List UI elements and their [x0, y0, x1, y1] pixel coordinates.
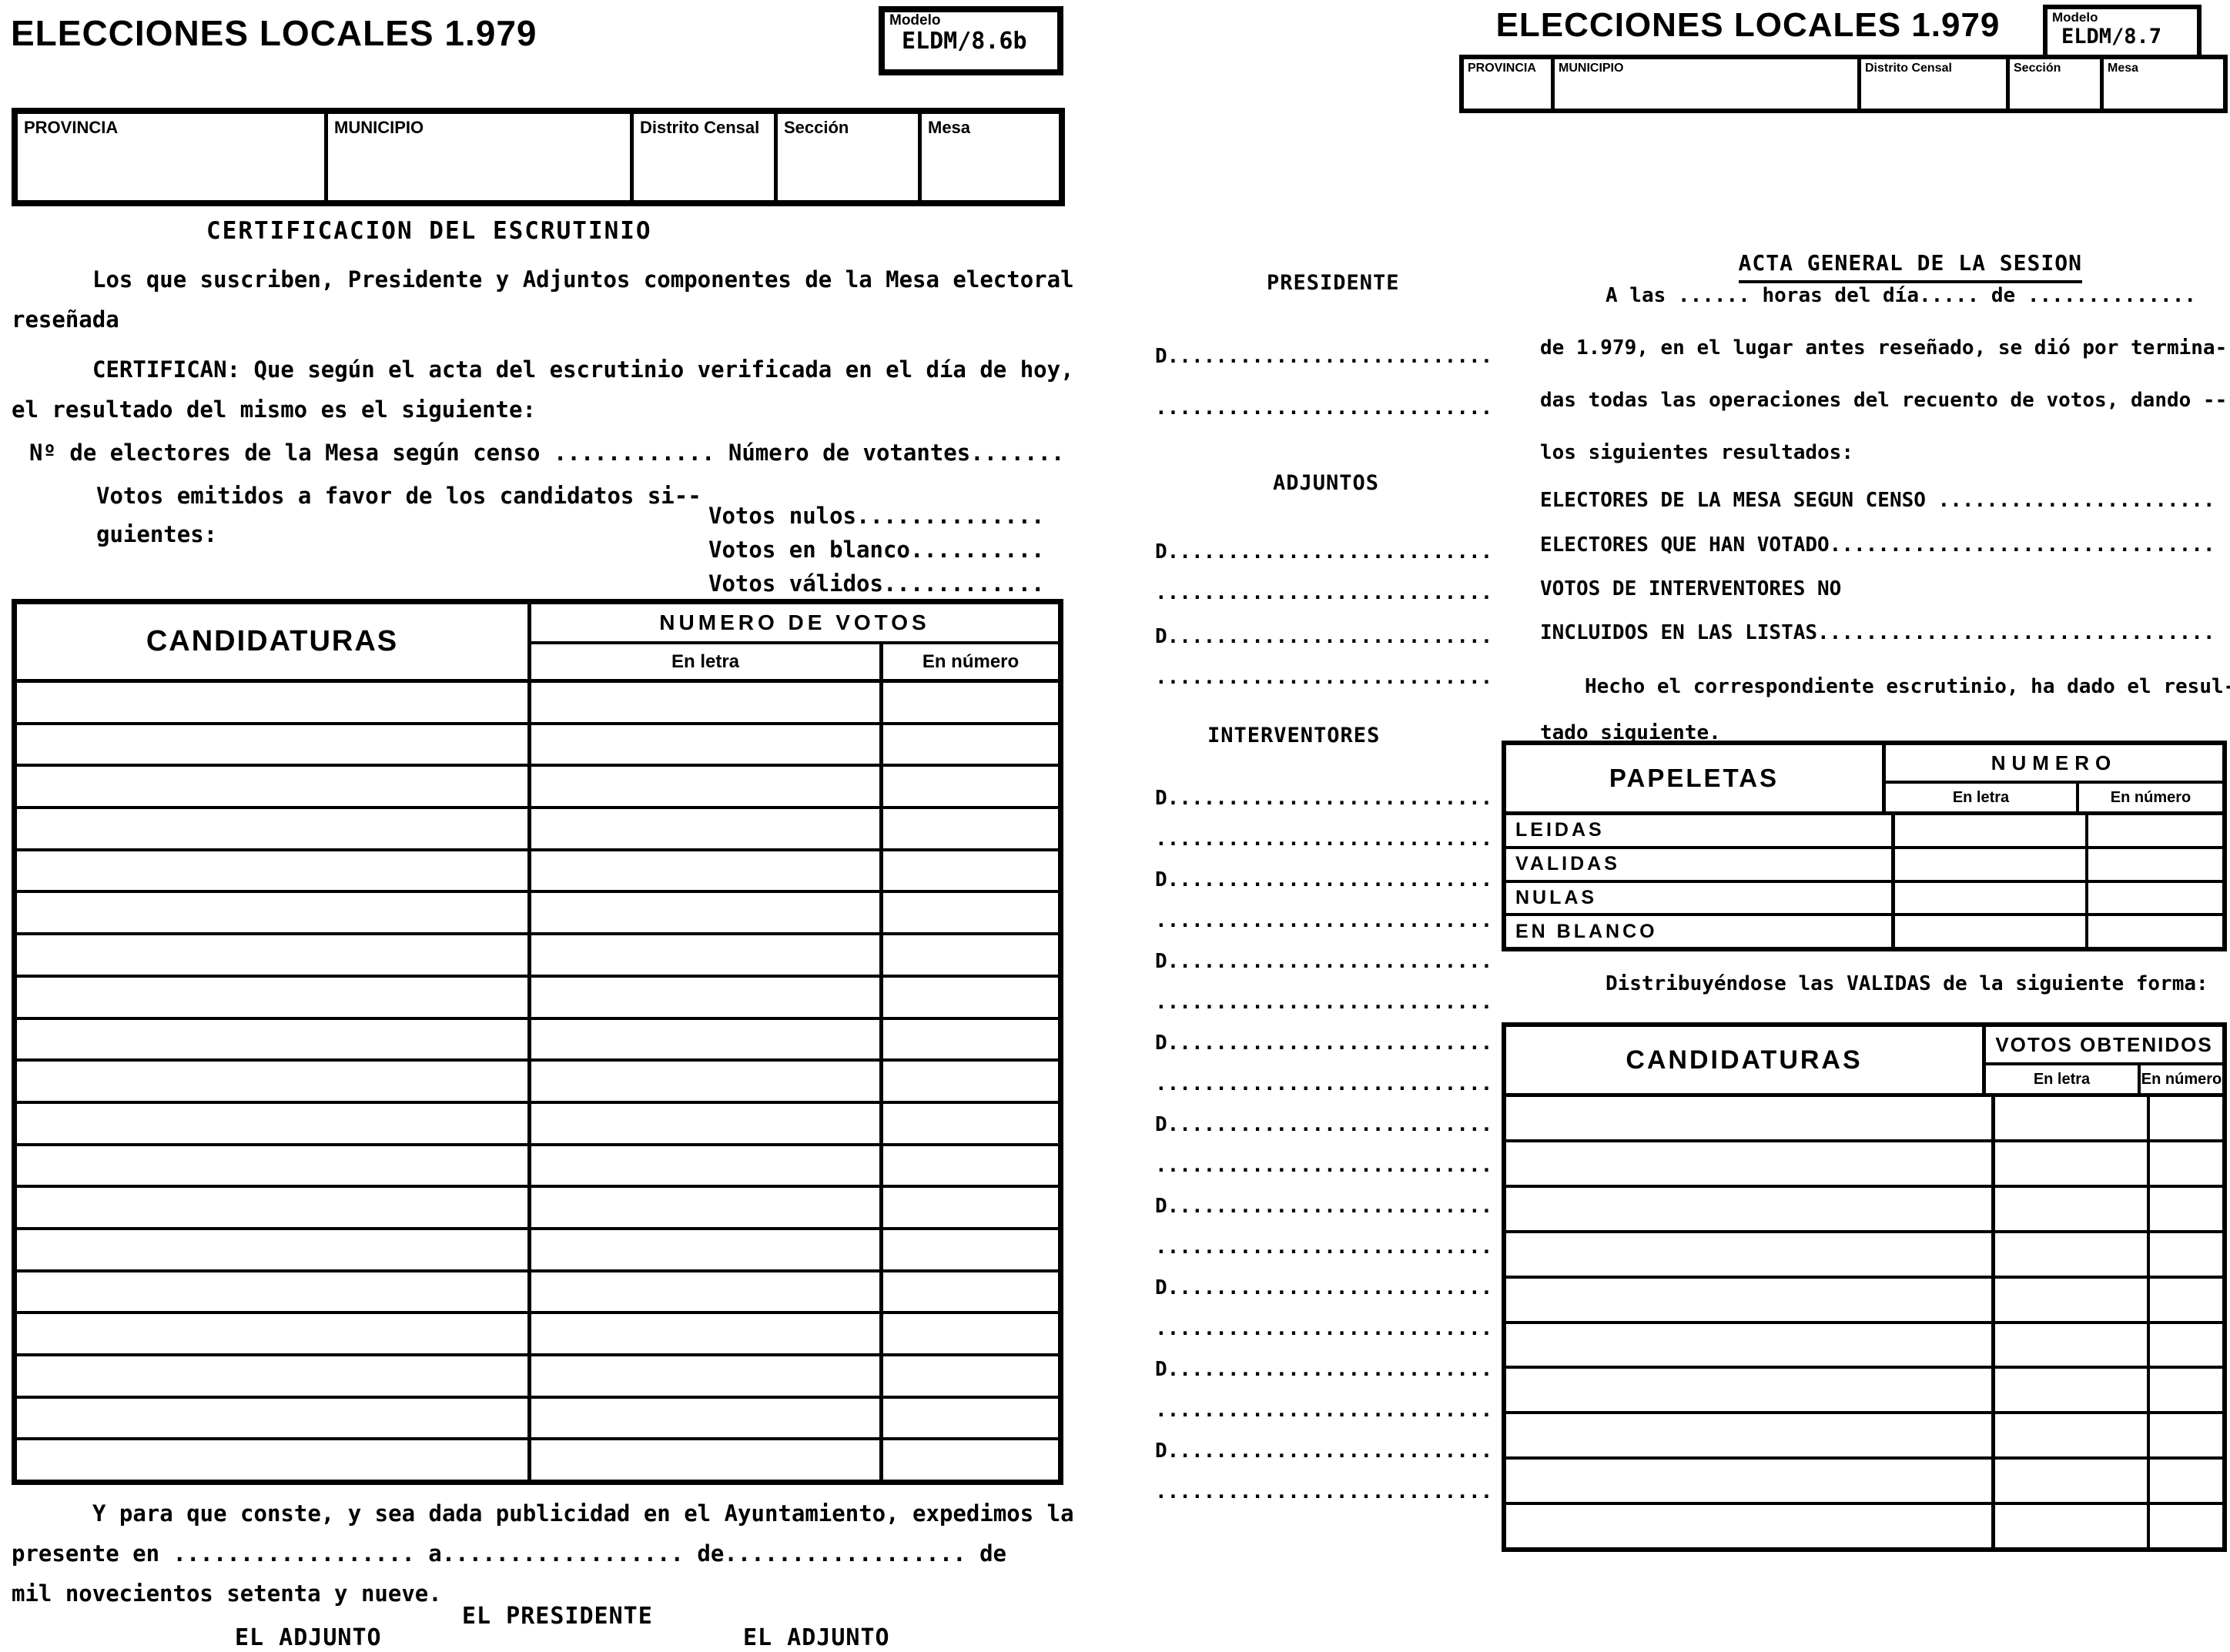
footer-line: mil novecientos setenta y nueve. [12, 1580, 442, 1607]
en-letra-cell [527, 1020, 879, 1059]
left-section-title: CERTIFICACION DEL ESCRUTINIO [206, 217, 652, 245]
continuation-dotted-line: ............................ [1155, 991, 1492, 1014]
en-letra-cell [527, 935, 879, 975]
candidatura-cell [17, 1020, 527, 1059]
table-row [17, 764, 1058, 806]
session-paragraph-line: A las ...... horas del día..... de .....… [1606, 283, 2196, 308]
table-row [17, 975, 1058, 1017]
en-letra-cell [1991, 1097, 2147, 1139]
name-dotted-line: D........................... [1155, 540, 1492, 563]
continuation-dotted-line: ............................ [1155, 828, 1492, 851]
acta-title-text: ACTA GENERAL DE LA SESION [1739, 250, 2082, 283]
name-dotted-line: D........................... [1155, 1032, 1492, 1055]
en-numero-cell [2147, 1233, 2222, 1276]
numero-de-votos-header-group: NUMERO DE VOTOS En letra En número [527, 604, 1058, 679]
table-row [17, 1058, 1058, 1101]
name-dotted-line: D........................... [1155, 1358, 1492, 1381]
header-field-label: Mesa [2104, 59, 2223, 75]
en-numero-cell [2085, 883, 2222, 914]
continuation-dotted-line: ............................ [1155, 909, 1492, 932]
name-entry: D........................... ...........… [1155, 1358, 1505, 1440]
en-letra-cell [527, 893, 879, 932]
continuation-dotted-line: ............................ [1155, 1480, 1492, 1503]
en-letra-cell [1991, 1279, 2147, 1321]
en-letra-cell [1991, 1142, 2147, 1185]
candidatura-cell [17, 1230, 527, 1269]
en-numero-cell [2085, 916, 2222, 947]
table-row [17, 1437, 1058, 1480]
name-entry: D........................... ...........… [1155, 1032, 1505, 1113]
table-row [17, 1269, 1058, 1312]
candidatura-cell [17, 978, 527, 1017]
en-numero-cell [879, 851, 1058, 891]
table-row [1506, 1185, 2222, 1230]
presidente-signature-label: EL PRESIDENTE [462, 1603, 653, 1630]
en-numero-cell [879, 725, 1058, 764]
session-paragraph-line: de 1.979, en el lugar antes reseñado, se… [1540, 336, 2227, 360]
en-numero-cell [879, 683, 1058, 722]
en-numero-cell [879, 893, 1058, 932]
header-field-label: Sección [2010, 59, 2100, 75]
header-field-label: Mesa [922, 114, 1059, 138]
en-letra-cell [1991, 1369, 2147, 1411]
header-field-cell: Sección [2006, 59, 2100, 109]
en-letra-cell [527, 1440, 879, 1480]
session-paragraph-line: los siguientes resultados: [1540, 440, 1853, 465]
papeletas-table: PAPELETAS NUMERO En letra En número LEID… [1502, 741, 2227, 951]
en-numero-cell [2147, 1142, 2222, 1185]
en-numero-cell [879, 1399, 1058, 1438]
header-field-cell: Sección [774, 114, 918, 200]
candidatura-cell [17, 935, 527, 975]
candidatura-cell [1506, 1188, 1991, 1230]
footer-line: Y para que conste, y sea dada publicidad… [92, 1500, 1074, 1527]
en-numero-cell [879, 1440, 1058, 1480]
table-row [1506, 1230, 2222, 1276]
en-letra-cell [1991, 1324, 2147, 1366]
candidatura-cell [1506, 1233, 1991, 1276]
en-numero-header: En número [2138, 1065, 2222, 1093]
paragraph-line: Los que suscriben, Presidente y Adjuntos… [92, 266, 1074, 293]
name-entry: D........................... ...........… [1155, 1195, 1505, 1276]
table-row [17, 1396, 1058, 1438]
en-letra-cell [527, 725, 879, 764]
en-letra-cell [527, 809, 879, 848]
name-dotted-line: D........................... [1155, 1276, 1492, 1299]
table-row: EN BLANCO [1506, 913, 2222, 947]
en-letra-header: En letra [531, 644, 879, 679]
electores-votado-line: ELECTORES QUE HAN VOTADO................… [1540, 533, 2215, 557]
candidatura-cell [1506, 1142, 1991, 1185]
papeletas-table-body: LEIDAS VALIDAS NULAS EN BLANCO [1506, 815, 2222, 947]
name-entry: D........................... ...........… [1155, 540, 1505, 625]
header-field-label: PROVINCIA [18, 114, 324, 138]
left-table-header: CANDIDATURAS NUMERO DE VOTOS En letra En… [17, 604, 1058, 683]
interventores-label: INTERVENTORES [1207, 724, 1380, 747]
votos-emitidos-line: Votos emitidos a favor de los candidatos… [96, 482, 701, 510]
header-field-cell: Mesa [2100, 59, 2223, 109]
en-numero-cell [879, 1272, 1058, 1312]
en-letra-cell [1991, 1460, 2147, 1502]
header-field-cell: Distrito Censal [1857, 59, 2006, 109]
name-entry: D........................... ...........… [1155, 345, 1505, 453]
continuation-dotted-line: ............................ [1155, 666, 1492, 689]
table-row [17, 890, 1058, 932]
votos-emitidos-line: guientes: [96, 520, 217, 548]
footer-line: presente en .................. a........… [12, 1540, 1006, 1567]
en-letra-cell [527, 1188, 879, 1227]
candidaturas-column-header: CANDIDATURAS [1506, 1027, 1982, 1093]
en-letra-cell [527, 683, 879, 722]
papeleta-row-label: EN BLANCO [1506, 916, 1891, 947]
hecho-paragraph-line: Hecho el correspondiente escrutinio, ha … [1585, 674, 2230, 699]
adjuntos-label: ADJUNTOS [1273, 471, 1379, 495]
candidatura-cell [17, 725, 527, 764]
en-letra-cell [527, 1272, 879, 1312]
continuation-dotted-line: ............................ [1155, 1317, 1492, 1340]
header-field-label: Sección [778, 114, 918, 138]
votos-interventores-line: VOTOS DE INTERVENTORES NO [1540, 577, 1841, 601]
en-letra-cell [1991, 1414, 2147, 1456]
table-row [17, 1227, 1058, 1269]
table-row [17, 806, 1058, 848]
table-row [17, 1017, 1058, 1059]
en-numero-cell [879, 1020, 1058, 1059]
table-row [17, 722, 1058, 764]
header-field-cell: MUNICIPIO [324, 114, 630, 200]
presidente-name-lines: D........................... ...........… [1155, 345, 1505, 453]
adjuntos-name-lines: D........................... ...........… [1155, 540, 1505, 710]
en-letra-cell [527, 1104, 879, 1143]
table-row [1506, 1321, 2222, 1366]
candidatura-cell [1506, 1369, 1991, 1411]
electores-censo-line: Nº de electores de la Mesa según censo .… [29, 439, 1064, 467]
name-entry: D........................... ...........… [1155, 1113, 1505, 1195]
scanned-election-forms: ELECCIONES LOCALES 1.979 Modelo ELDM/8.6… [0, 0, 2230, 1652]
candidatura-cell [17, 1146, 527, 1185]
votos-validos-line: Votos válidos............ [708, 570, 1045, 597]
papeleta-row-label: VALIDAS [1506, 849, 1891, 880]
candidatura-cell [1506, 1460, 1991, 1502]
paragraph-line: el resultado del mismo es el siguiente: [12, 396, 536, 423]
candidatura-cell [17, 1188, 527, 1227]
en-numero-cell [2147, 1279, 2222, 1321]
en-letra-header: En letra [1986, 1065, 2138, 1093]
en-letra-cell [527, 1062, 879, 1101]
table-row [1506, 1366, 2222, 1411]
table-row [17, 1353, 1058, 1396]
en-numero-cell [2147, 1414, 2222, 1456]
candidatura-cell [17, 1356, 527, 1396]
numero-header-group: NUMERO En letra En número [1882, 745, 2222, 811]
en-letra-cell [527, 767, 879, 806]
continuation-dotted-line: ............................ [1155, 1154, 1492, 1177]
en-numero-cell [2147, 1188, 2222, 1230]
table-row [1506, 1411, 2222, 1456]
candidatura-cell [17, 893, 527, 932]
en-letra-cell [1991, 1505, 2147, 1547]
continuation-dotted-line: ............................ [1155, 396, 1492, 420]
en-letra-cell [527, 1314, 879, 1353]
en-numero-cell [879, 1314, 1058, 1353]
table-row [1506, 1139, 2222, 1185]
continuation-dotted-line: ............................ [1155, 1072, 1492, 1095]
candidatura-cell [1506, 1414, 1991, 1456]
table-row: VALIDAS [1506, 846, 2222, 880]
name-dotted-line: D........................... [1155, 625, 1492, 648]
presidente-label: PRESIDENTE [1267, 271, 1400, 295]
name-dotted-line: D........................... [1155, 868, 1492, 891]
header-field-cell: Mesa [918, 114, 1059, 200]
table-row: NULAS [1506, 880, 2222, 914]
en-letra-cell [527, 851, 879, 891]
table-row [1506, 1097, 2222, 1139]
en-numero-cell [2147, 1324, 2222, 1366]
table-row [17, 1143, 1058, 1185]
distribuyendose-line: Distribuyéndose las VALIDAS de la siguie… [1606, 971, 2208, 996]
candidatura-cell [1506, 1097, 1991, 1139]
name-entry: D........................... ...........… [1155, 1276, 1505, 1358]
left-model-label: Modelo [885, 11, 941, 28]
incluidos-listas-line: INCLUIDOS EN LAS LISTAS.................… [1540, 620, 2215, 645]
en-numero-cell [879, 1188, 1058, 1227]
table-row [1506, 1502, 2222, 1547]
name-dotted-line: D........................... [1155, 950, 1492, 973]
name-dotted-line: D........................... [1155, 1195, 1492, 1218]
en-numero-cell [879, 809, 1058, 848]
left-model-value: ELDM/8.6b [885, 28, 1057, 55]
en-numero-cell [879, 935, 1058, 975]
name-dotted-line: D........................... [1155, 1440, 1492, 1463]
en-letra-cell [527, 1230, 879, 1269]
paragraph-line: CERTIFICAN: Que según el acta del escrut… [92, 356, 1074, 383]
left-header-field-table: PROVINCIAMUNICIPIODistrito CensalSección… [12, 108, 1065, 206]
right-form-title: ELECCIONES LOCALES 1.979 [1482, 6, 2014, 45]
en-numero-cell [2085, 849, 2222, 880]
papeleta-row-label: NULAS [1506, 883, 1891, 914]
header-field-label: PROVINCIA [1464, 59, 1551, 75]
candidaturas-table-body [1506, 1097, 2222, 1547]
candidatura-cell [1506, 1505, 1991, 1547]
name-entry: D........................... ...........… [1155, 787, 1505, 868]
paragraph-line: reseñada [12, 306, 119, 333]
right-candidaturas-table: CANDIDATURAS VOTOS OBTENIDOS En letra En… [1502, 1022, 2227, 1552]
en-numero-cell [879, 1062, 1058, 1101]
en-numero-cell [2147, 1505, 2222, 1547]
papeletas-table-header: PAPELETAS NUMERO En letra En número [1506, 745, 2222, 815]
votos-obtenidos-header-group: VOTOS OBTENIDOS En letra En número [1982, 1027, 2222, 1093]
header-field-cell: Distrito Censal [630, 114, 774, 200]
continuation-dotted-line: ............................ [1155, 1399, 1492, 1422]
continuation-dotted-line: ............................ [1155, 581, 1492, 604]
en-letra-cell [1991, 1188, 2147, 1230]
name-dotted-line: D........................... [1155, 1113, 1492, 1136]
en-numero-cell [879, 978, 1058, 1017]
en-numero-cell [879, 1146, 1058, 1185]
en-letra-cell [1891, 883, 2085, 914]
en-numero-header: En número [879, 644, 1058, 679]
continuation-dotted-line: ............................ [1155, 1236, 1492, 1259]
candidatura-cell [17, 1062, 527, 1101]
header-field-label: MUNICIPIO [1555, 59, 1857, 75]
en-letra-cell [1891, 849, 2085, 880]
candidatura-cell [17, 1104, 527, 1143]
en-letra-cell [527, 1356, 879, 1396]
left-candidaturas-table: CANDIDATURAS NUMERO DE VOTOS En letra En… [12, 599, 1063, 1485]
en-letra-cell [527, 1146, 879, 1185]
votos-nulos-line: Votos nulos.............. [708, 502, 1045, 530]
en-numero-cell [879, 1230, 1058, 1269]
header-field-cell: PROVINCIA [18, 114, 324, 200]
votos-blanco-line: Votos en blanco.......... [708, 536, 1045, 563]
en-letra-cell [527, 978, 879, 1017]
candidatura-cell [17, 683, 527, 722]
header-field-cell: PROVINCIA [1464, 59, 1551, 109]
header-field-label: MUNICIPIO [328, 114, 630, 138]
table-row: LEIDAS [1506, 815, 2222, 846]
left-form-title: ELECCIONES LOCALES 1.979 [11, 12, 537, 54]
en-letra-cell [527, 1399, 879, 1438]
en-numero-header: En número [2076, 784, 2222, 811]
name-dotted-line: D........................... [1155, 345, 1492, 368]
en-numero-cell [2085, 815, 2222, 846]
candidatura-cell [17, 1440, 527, 1480]
table-row [17, 1101, 1058, 1143]
candidatura-cell [17, 1314, 527, 1353]
en-letra-cell [1991, 1233, 2147, 1276]
candidatura-cell [17, 1399, 527, 1438]
left-table-body [17, 683, 1058, 1480]
candidatura-cell [17, 809, 527, 848]
candidatura-cell [1506, 1324, 1991, 1366]
en-letra-header: En letra [1886, 784, 2076, 811]
header-field-cell: MUNICIPIO [1551, 59, 1857, 109]
name-entry: D........................... ...........… [1155, 1440, 1505, 1521]
candidatura-cell [17, 851, 527, 891]
session-paragraph-line: das todas las operaciones del recuento d… [1540, 388, 2227, 413]
name-entry: D........................... ...........… [1155, 868, 1505, 950]
en-numero-cell [879, 1104, 1058, 1143]
numero-header: NUMERO [1886, 745, 2222, 784]
table-row [17, 848, 1058, 891]
name-dotted-line: D........................... [1155, 787, 1492, 810]
electores-censo-line: ELECTORES DE LA MESA SEGUN CENSO .......… [1540, 488, 2215, 513]
table-row [17, 1185, 1058, 1227]
en-numero-cell [879, 767, 1058, 806]
table-row [17, 932, 1058, 975]
adjunto-signature-label: EL ADJUNTO [235, 1624, 382, 1651]
table-row [1506, 1456, 2222, 1502]
header-field-label: Distrito Censal [634, 114, 774, 138]
left-model-box: Modelo ELDM/8.6b [879, 6, 1063, 75]
papeletas-column-header: PAPELETAS [1506, 745, 1882, 811]
adjunto-signature-label: EL ADJUNTO [743, 1624, 890, 1651]
right-model-value: ELDM/8.7 [2048, 25, 2197, 48]
candidatura-cell [1506, 1279, 1991, 1321]
en-numero-cell [2147, 1097, 2222, 1139]
numero-de-votos-header: NUMERO DE VOTOS [531, 604, 1058, 644]
papeleta-row-label: LEIDAS [1506, 815, 1891, 846]
interventores-name-lines: D........................... ...........… [1155, 787, 1505, 1521]
right-header-field-table: PROVINCIAMUNICIPIODistrito CensalSección… [1459, 55, 2228, 113]
candidatura-cell [17, 1272, 527, 1312]
table-row [1506, 1276, 2222, 1321]
candidaturas-column-header: CANDIDATURAS [17, 604, 527, 679]
candidaturas-table-header: CANDIDATURAS VOTOS OBTENIDOS En letra En… [1506, 1027, 2222, 1097]
name-entry: D........................... ...........… [1155, 625, 1505, 710]
header-field-label: Distrito Censal [1861, 59, 2006, 75]
en-numero-cell [2147, 1460, 2222, 1502]
en-letra-cell [1891, 815, 2085, 846]
name-entry: D........................... ...........… [1155, 950, 1505, 1032]
candidatura-cell [17, 767, 527, 806]
right-model-label: Modelo [2048, 8, 2098, 25]
en-letra-cell [1891, 916, 2085, 947]
en-numero-cell [879, 1356, 1058, 1396]
en-numero-cell [2147, 1369, 2222, 1411]
table-row [17, 1311, 1058, 1353]
table-row [17, 683, 1058, 722]
votos-obtenidos-header: VOTOS OBTENIDOS [1986, 1027, 2222, 1065]
